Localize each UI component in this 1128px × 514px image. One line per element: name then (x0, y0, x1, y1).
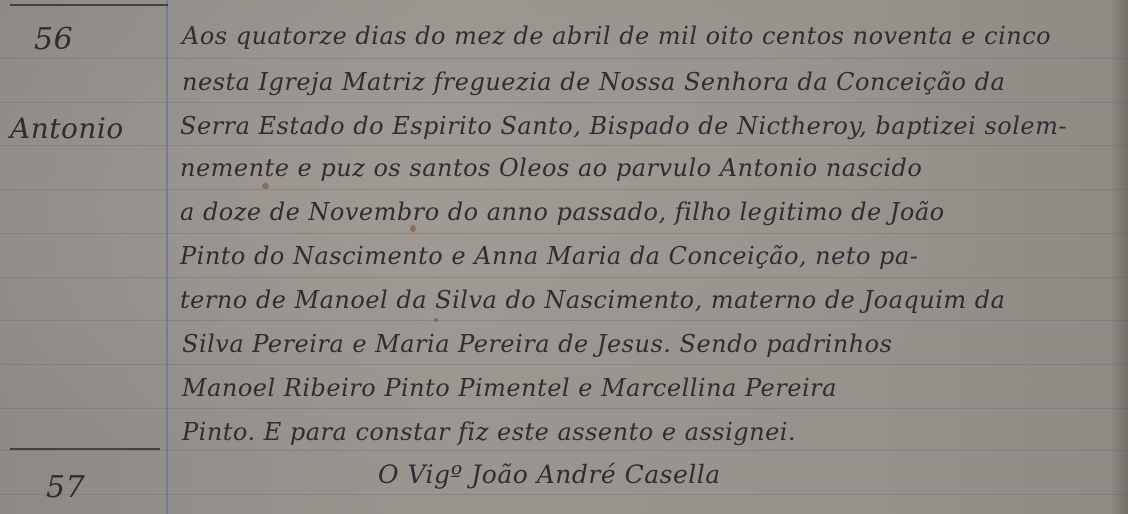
ruled-line (0, 494, 1128, 495)
entry-number: 56 (34, 22, 73, 57)
entry-line-7: terno de Manoel da Silva do Nascimento, … (180, 286, 1005, 314)
entry-line-5: a doze de Novembro do anno passado, filh… (180, 198, 945, 226)
entry-line-1: Aos quatorze dias do mez de abril de mil… (182, 22, 1051, 50)
entry-line-6: Pinto do Nascimento e Anna Maria da Conc… (180, 242, 918, 270)
baptized-name: Antonio (10, 112, 124, 145)
entry-line-8: Silva Pereira e Maria Pereira de Jesus. … (182, 330, 892, 358)
entry-line-2: nesta Igreja Matriz freguezia de Nossa S… (182, 68, 1005, 96)
entry-line-10: Pinto. E para constar fiz este assento e… (182, 418, 796, 446)
register-page: 56 Antonio 57 Aos quatorze dias do mez d… (0, 0, 1128, 514)
paper-stain (410, 225, 416, 232)
paper-stain (262, 183, 269, 189)
ruled-line (0, 450, 1128, 451)
entry-line-9: Manoel Ribeiro Pinto Pimentel e Marcelli… (182, 374, 837, 402)
ruled-line (0, 145, 1128, 146)
ruled-line (0, 189, 1128, 190)
ruled-line (0, 320, 1128, 321)
next-entry-number: 57 (46, 470, 85, 505)
entry-separator-top (10, 4, 168, 6)
priest-signature: O Vigº João André Casella (378, 460, 721, 489)
ruled-line (0, 233, 1128, 234)
ruled-line (0, 102, 1128, 103)
ruled-line (0, 364, 1128, 365)
entry-line-3: Serra Estado do Espirito Santo, Bispado … (180, 112, 1067, 140)
margin-line (166, 0, 168, 514)
entry-line-4: nemente e puz os santos Oleos ao parvulo… (180, 154, 922, 182)
paper-stain (434, 318, 438, 322)
ruled-line (0, 277, 1128, 278)
ruled-line (0, 408, 1128, 409)
ruled-line (0, 58, 1128, 59)
entry-separator-bottom (10, 448, 160, 450)
